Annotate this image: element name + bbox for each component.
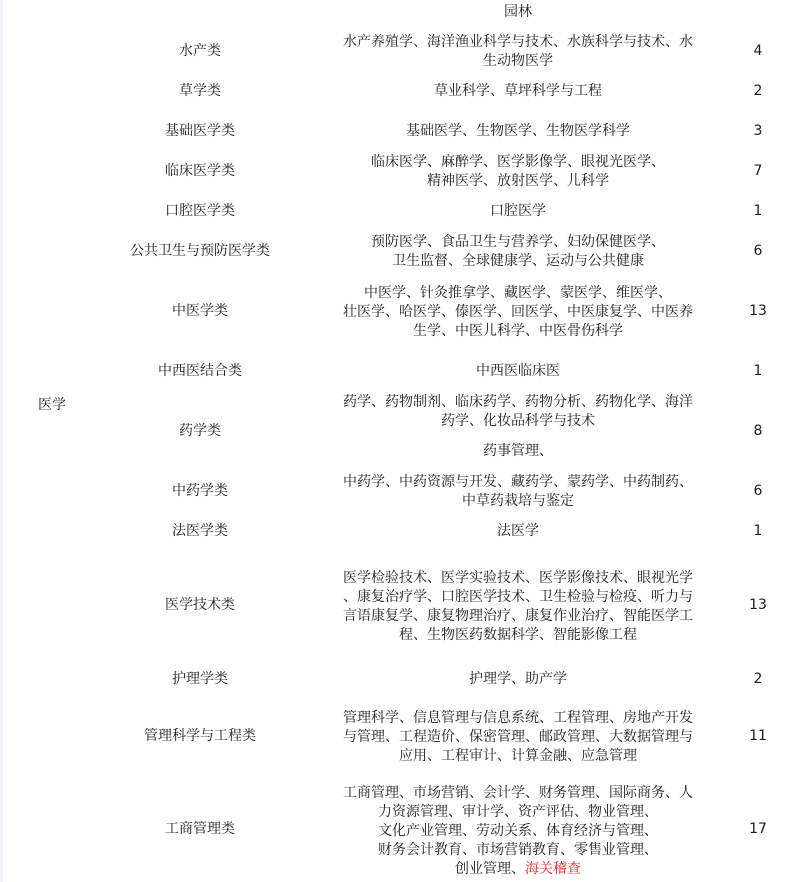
category-cell: 口腔医学类 xyxy=(90,202,310,221)
majors-line: 预防医学、食品卫生与营养学、妇幼保健医学、 xyxy=(316,233,720,252)
majors-line: 生学、中医儿科学、中医骨伤科学 xyxy=(316,322,720,341)
category-cell: 中西医结合类 xyxy=(90,362,310,381)
majors-cell: 医学检验技术、医学实验技术、医学影像技术、眼视光学 、康复治疗学、口腔医学技术、… xyxy=(316,569,720,645)
category-cell: 公共卫生与预防医学类 xyxy=(90,242,310,261)
discipline-label: 医学 xyxy=(38,396,66,415)
count-cell: 17 xyxy=(740,820,776,839)
majors-line: 园林 xyxy=(316,3,720,22)
count-cell: 4 xyxy=(740,42,776,61)
majors-line: 文化产业管理、劳动关系、体育经济与管理、 xyxy=(316,822,720,841)
category-cell: 草学类 xyxy=(90,82,310,101)
majors-cell: 临床医学、麻醉学、医学影像学、眼视光医学、 精神医学、放射医学、儿科学 xyxy=(316,153,720,191)
category-cell: 药学类 xyxy=(90,422,310,441)
majors-line: 水产养殖学、海洋渔业科学与技术、水族科学与技术、水 xyxy=(316,33,720,52)
count-cell: 11 xyxy=(740,727,776,746)
majors-line: 中药学、中药资源与开发、藏药学、蒙药学、中药制药、 xyxy=(316,473,720,492)
majors-line: 管理科学、信息管理与信息系统、工程管理、房地产开发 xyxy=(316,709,720,728)
carryover-majors: 园林 xyxy=(316,3,720,22)
count-cell: 1 xyxy=(740,202,776,221)
count-cell: 7 xyxy=(740,162,776,181)
majors-line: 工商管理、市场营销、会计学、财务管理、国际商务、人 xyxy=(316,784,720,803)
majors-line: 言语康复学、康复物理治疗、康复作业治疗、智能医学工 xyxy=(316,607,720,626)
category-cell: 基础医学类 xyxy=(90,122,310,141)
majors-cell: 预防医学、食品卫生与营养学、妇幼保健医学、 卫生监督、全球健康学、运动与公共健康 xyxy=(316,233,720,271)
majors-cell: 工商管理、市场营销、会计学、财务管理、国际商务、人 力资源管理、审计学、资产评估… xyxy=(316,784,720,879)
majors-extra-cell: 药事管理、 xyxy=(316,442,720,461)
count-cell: 13 xyxy=(740,596,776,615)
majors-cell: 管理科学、信息管理与信息系统、工程管理、房地产开发 与管理、工程造价、保密管理、… xyxy=(316,709,720,766)
majors-cell: 中西医临床医 xyxy=(316,362,720,381)
category-cell: 水产类 xyxy=(90,42,310,61)
category-cell: 医学技术类 xyxy=(90,596,310,615)
majors-line: 应用、工程审计、计算金融、应急管理 xyxy=(316,747,720,766)
page-left-edge xyxy=(0,0,3,882)
count-cell: 8 xyxy=(740,422,776,441)
majors-line: 中医学、针灸推拿学、藏医学、蒙医学、维医学、 xyxy=(316,284,720,303)
majors-cell: 口腔医学 xyxy=(316,202,720,221)
majors-line: 财务会计教育、市场营销教育、零售业管理、 xyxy=(316,841,720,860)
count-cell: 1 xyxy=(740,362,776,381)
count-cell: 6 xyxy=(740,482,776,501)
majors-cell: 药学、药物制剂、临床药学、药物分析、药物化学、海洋 药学、化妆品科学与技术 xyxy=(316,393,720,431)
majors-line: 生动物医学 xyxy=(316,52,720,71)
count-cell: 13 xyxy=(740,302,776,321)
majors-line: 护理学、助产学 xyxy=(316,670,720,689)
majors-line: 基础医学、生物医学、生物医学科学 xyxy=(316,122,720,141)
majors-line: 中西医临床医 xyxy=(316,362,720,381)
majors-line: 草业科学、草坪科学与工程 xyxy=(316,82,720,101)
count-cell: 2 xyxy=(740,670,776,689)
category-cell: 护理学类 xyxy=(90,670,310,689)
majors-line: 卫生监督、全球健康学、运动与公共健康 xyxy=(316,252,720,271)
majors-cell: 基础医学、生物医学、生物医学科学 xyxy=(316,122,720,141)
majors-line: 医学检验技术、医学实验技术、医学影像技术、眼视光学 xyxy=(316,569,720,588)
highlighted-major: 海关稽查 xyxy=(525,861,581,877)
majors-line: 药学、药物制剂、临床药学、药物分析、药物化学、海洋 xyxy=(316,393,720,412)
category-cell: 工商管理类 xyxy=(90,820,310,839)
majors-line: 药学、化妆品科学与技术 xyxy=(316,412,720,431)
majors-line: 程、生物医药数据科学、智能影像工程 xyxy=(316,626,720,645)
majors-line: 口腔医学 xyxy=(316,202,720,221)
majors-cell: 中医学、针灸推拿学、藏医学、蒙医学、维医学、 壮医学、哈医学、傣医学、回医学、中… xyxy=(316,284,720,341)
majors-cell: 护理学、助产学 xyxy=(316,670,720,689)
count-cell: 2 xyxy=(740,82,776,101)
majors-line: 药事管理、 xyxy=(316,442,720,461)
category-cell: 管理科学与工程类 xyxy=(90,727,310,746)
majors-line: 力资源管理、审计学、资产评估、物业管理、 xyxy=(316,803,720,822)
majors-line-prefix: 创业管理、 xyxy=(455,861,525,877)
category-cell: 中药学类 xyxy=(90,482,310,501)
majors-line: 中草药栽培与鉴定 xyxy=(316,492,720,511)
majors-line: 与管理、工程造价、保密管理、邮政管理、大数据管理与 xyxy=(316,728,720,747)
majors-cell: 水产养殖学、海洋渔业科学与技术、水族科学与技术、水 生动物医学 xyxy=(316,33,720,71)
majors-line: 、康复治疗学、口腔医学技术、卫生检验与检疫、听力与 xyxy=(316,588,720,607)
majors-cell: 中药学、中药资源与开发、藏药学、蒙药学、中药制药、 中草药栽培与鉴定 xyxy=(316,473,720,511)
majors-line: 精神医学、放射医学、儿科学 xyxy=(316,172,720,191)
category-cell: 临床医学类 xyxy=(90,162,310,181)
count-cell: 3 xyxy=(740,122,776,141)
count-cell: 6 xyxy=(740,242,776,261)
category-cell: 中医学类 xyxy=(90,302,310,321)
majors-cell: 草业科学、草坪科学与工程 xyxy=(316,82,720,101)
majors-cell: 法医学 xyxy=(316,522,720,541)
category-cell: 法医学类 xyxy=(90,522,310,541)
majors-line-last: 创业管理、海关稽查 xyxy=(316,860,720,879)
majors-line: 壮医学、哈医学、傣医学、回医学、中医康复学、中医养 xyxy=(316,303,720,322)
majors-line: 法医学 xyxy=(316,522,720,541)
count-cell: 1 xyxy=(740,522,776,541)
majors-line: 临床医学、麻醉学、医学影像学、眼视光医学、 xyxy=(316,153,720,172)
